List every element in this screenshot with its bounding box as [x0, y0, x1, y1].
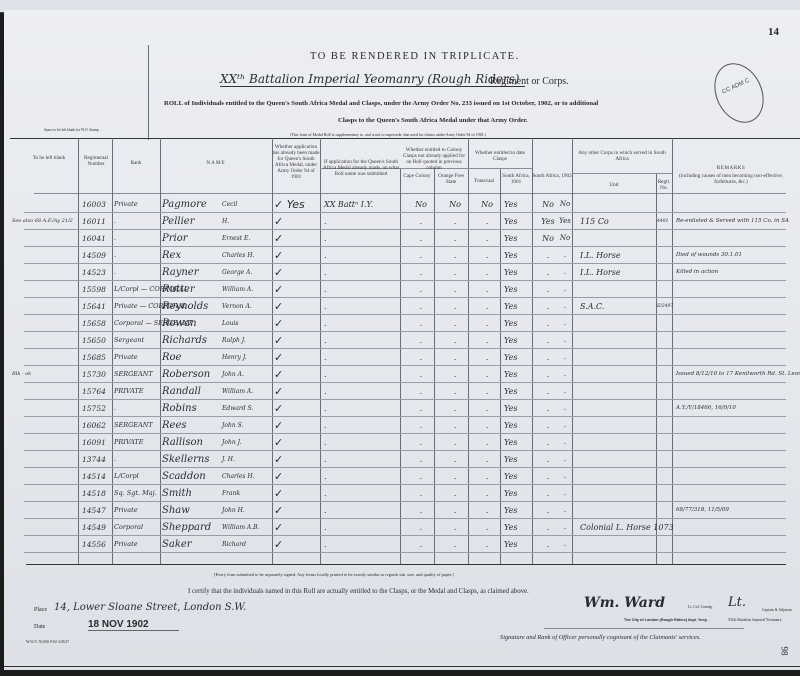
page-number: 14	[768, 26, 779, 38]
remarks	[676, 468, 800, 485]
kings-south-africa: .	[558, 485, 572, 502]
transvaal: .	[474, 400, 500, 417]
cape-colony: .	[408, 536, 434, 553]
rank: .	[114, 264, 160, 281]
table-top-rule	[10, 138, 800, 139]
south-africa-1901: Yes	[504, 332, 532, 349]
col-header-other-corps: Any other Corps in which served in South…	[572, 150, 672, 162]
forename: John H.	[222, 502, 270, 519]
table-row: 15641Private — CORPORALReynoldsVernon A.…	[4, 298, 800, 315]
other-corps-regt-no	[657, 400, 672, 417]
roll-submitted: .	[324, 383, 400, 400]
left-blank-note	[12, 417, 76, 434]
other-corps-unit	[580, 315, 656, 332]
remarks	[676, 230, 800, 247]
regimental-number: 15650	[82, 332, 112, 349]
roll-submitted: .	[324, 451, 400, 468]
surname: Prior	[162, 230, 222, 247]
orange-free-state: .	[442, 536, 468, 553]
left-blank-note	[12, 264, 76, 281]
south-africa-1901: Yes	[504, 434, 532, 451]
rank: Sergeant	[114, 332, 160, 349]
officer-signature: Wm. Ward	[584, 595, 665, 611]
cape-colony: .	[408, 298, 434, 315]
orange-free-state: .	[442, 281, 468, 298]
other-corps-regt-no	[657, 366, 672, 383]
south-africa-1901: Yes	[504, 230, 532, 247]
cape-colony: .	[408, 349, 434, 366]
cape-colony: .	[408, 230, 434, 247]
regimental-number: 15658	[82, 315, 112, 332]
regimental-number: 16003	[82, 196, 112, 213]
table-row: See also 68 A.F./Ay 21/216011.PellierH.✓…	[4, 213, 800, 230]
south-africa-1901: Yes	[504, 196, 532, 213]
col-header-regt-no: Regtl. No.	[656, 179, 672, 191]
table-row: 15598L/Corpl — CORPORALRutterWilliam A.✓…	[4, 281, 800, 298]
cape-colony: .	[408, 213, 434, 230]
forename: H.	[222, 213, 270, 230]
table-row: 14549CorporalSheppardWilliam A.B.✓....Ye…	[4, 519, 800, 536]
forename: Louis	[222, 315, 270, 332]
rank: L/Corpl — CORPORAL	[114, 281, 160, 298]
roll-note: (This form of Medal Roll is supplementar…	[290, 132, 486, 137]
roll-submitted: .	[324, 366, 400, 383]
remarks	[676, 485, 800, 502]
south-africa-1901: Yes	[504, 417, 532, 434]
left-blank-note	[12, 434, 76, 451]
rank: Private	[114, 196, 160, 213]
rank: SERGEANT	[114, 366, 160, 383]
kings-south-africa: .	[558, 434, 572, 451]
orange-free-state: .	[442, 264, 468, 281]
surname: Sheppard	[162, 519, 222, 536]
south-africa-1902: .	[538, 451, 558, 468]
col-header-name: NAME	[160, 160, 272, 166]
regimental-number: 16062	[82, 417, 112, 434]
roll-submitted: .	[324, 400, 400, 417]
roll-submitted: .	[324, 502, 400, 519]
surname: Richards	[162, 332, 222, 349]
rank: .	[114, 451, 160, 468]
regimental-number: 15730	[82, 366, 112, 383]
south-africa-1902: .	[538, 434, 558, 451]
south-africa-1902: .	[538, 332, 558, 349]
whether-applied: ✓	[274, 247, 320, 264]
remarks: 68/77/318, 11/5/09	[676, 502, 800, 519]
other-corps-unit	[580, 400, 656, 417]
remarks: A.Y./Y/18466, 16/9/10	[676, 400, 800, 417]
roll-submitted: .	[324, 298, 400, 315]
transvaal: .	[474, 247, 500, 264]
kings-south-africa: .	[558, 247, 572, 264]
transvaal: .	[474, 281, 500, 298]
whether-applied: ✓	[274, 230, 320, 247]
rank: Corporal — SERGEANT	[114, 315, 160, 332]
roll-submitted: .	[324, 417, 400, 434]
south-africa-1901: Yes	[504, 213, 532, 230]
stamp-text: CC ADM C	[715, 75, 757, 99]
whether-applied: ✓	[274, 315, 320, 332]
adjutant-signature: Lt.	[728, 595, 746, 610]
col-header-orange-free-state: Orange Free State	[434, 173, 468, 185]
regimental-number: 15641	[82, 298, 112, 315]
south-africa-1902: .	[538, 536, 558, 553]
remarks	[676, 417, 800, 434]
other-corps-regt-no	[657, 230, 672, 247]
col-header-rank: Rank	[112, 160, 160, 166]
whether-applied: ✓ Yes	[274, 196, 320, 213]
surname: Rutter	[162, 281, 222, 298]
forename: William A.	[222, 281, 270, 298]
other-corps-unit: 115 Co	[580, 213, 656, 230]
rank: Private	[114, 536, 160, 553]
date-value: 18 NOV 1902	[88, 619, 179, 631]
kings-south-africa: .	[558, 536, 572, 553]
south-africa-1901: Yes	[504, 247, 532, 264]
left-blank-note	[12, 196, 76, 213]
col-header-sa-1901: South Africa, 1901	[500, 173, 532, 185]
remarks: Re-enlisted & Served with 115 Co. in SA	[676, 213, 800, 230]
rank: .	[114, 400, 160, 417]
surname: Robins	[162, 400, 222, 417]
surname: Rowan	[162, 315, 222, 332]
orange-free-state: .	[442, 400, 468, 417]
other-corps-regt-no	[657, 383, 672, 400]
cape-colony: .	[408, 434, 434, 451]
table-row: 14509.RexCharles H.✓....Yes..I.L. HorseD…	[4, 247, 800, 264]
transvaal: .	[474, 468, 500, 485]
other-corps-regt-no	[657, 468, 672, 485]
other-corps-unit	[580, 536, 656, 553]
table-bottom-rule	[26, 564, 786, 565]
forename: Richard	[222, 536, 270, 553]
orange-free-state: .	[442, 468, 468, 485]
unit-stamp-1: The City of London (Rough Riders) Impl. …	[624, 618, 708, 622]
rank: Corporal	[114, 519, 160, 536]
other-corps-unit	[580, 451, 656, 468]
left-blank-note: See also 68 A.F./Ay 21/2	[12, 213, 76, 230]
surname: Scaddon	[162, 468, 222, 485]
surname: Roe	[162, 349, 222, 366]
transvaal: .	[474, 349, 500, 366]
surname: Rayner	[162, 264, 222, 281]
group-rule	[572, 173, 672, 174]
roll-submitted: .	[324, 230, 400, 247]
south-africa-1901: Yes	[504, 451, 532, 468]
header-bottom-rule	[34, 193, 786, 194]
south-africa-1902: .	[538, 281, 558, 298]
rank: .	[114, 247, 160, 264]
left-blank-note	[12, 247, 76, 264]
other-corps-regt-no: E/2497	[657, 298, 672, 315]
certification-statement: I certify that the individuals named in …	[188, 588, 529, 595]
medal-roll-sheet: 14 CC ADM C Space to be left blank for W…	[4, 10, 800, 670]
south-africa-1902: .	[538, 519, 558, 536]
cape-colony: .	[408, 519, 434, 536]
kings-south-africa: No	[558, 230, 572, 247]
remarks	[676, 536, 800, 553]
office-stamp: CC ADM C	[705, 55, 773, 131]
remarks	[676, 281, 800, 298]
other-corps-regt-no	[657, 519, 672, 536]
whether-applied: ✓	[274, 434, 320, 451]
whether-applied: ✓	[274, 264, 320, 281]
table-row: Rlk · ok15730SERGEANTRobersonJohn A.✓...…	[4, 366, 800, 383]
regimental-number: 14518	[82, 485, 112, 502]
other-corps-regt-no	[657, 332, 672, 349]
south-africa-1902: .	[538, 400, 558, 417]
table-row: 15764PRIVATERandallWilliam A.✓....Yes..	[4, 383, 800, 400]
other-corps-unit: Colonial L. Horse 1073	[580, 519, 656, 536]
table-row: 14523.RaynerGeorge A.✓....Yes..I.L. Hors…	[4, 264, 800, 281]
col-header-reg-number: Regimental Number	[80, 155, 112, 167]
left-blank-note	[12, 298, 76, 315]
orange-free-state: .	[442, 366, 468, 383]
rank: Sq. Sgt. Maj.	[114, 485, 160, 502]
regimental-number: 14523	[82, 264, 112, 281]
whether-applied: ✓	[274, 400, 320, 417]
left-blank-note	[12, 383, 76, 400]
orange-free-state: .	[442, 502, 468, 519]
col-header-whether-applied: Whether application has already been mad…	[272, 144, 320, 180]
other-corps-regt-no	[657, 264, 672, 281]
forename: William A.	[222, 383, 270, 400]
roll-submitted: .	[324, 332, 400, 349]
kings-south-africa: .	[558, 451, 572, 468]
forename: Charles H.	[222, 468, 270, 485]
remarks: Killed in action	[676, 264, 800, 281]
roll-submitted: .	[324, 349, 400, 366]
col-header-unit: Unit	[572, 182, 656, 188]
surname: Rex	[162, 247, 222, 264]
south-africa-1901: Yes	[504, 400, 532, 417]
roll-submitted: .	[324, 315, 400, 332]
south-africa-1901: Yes	[504, 485, 532, 502]
remarks	[676, 383, 800, 400]
kings-south-africa: .	[558, 264, 572, 281]
south-africa-1901: Yes	[504, 349, 532, 366]
left-blank-note	[12, 468, 76, 485]
rank: PRIVATE	[114, 434, 160, 451]
south-africa-1902: .	[538, 247, 558, 264]
forename: Ralph J.	[222, 332, 270, 349]
signature-rule	[544, 628, 744, 629]
roll-submitted: .	[324, 247, 400, 264]
other-corps-regt-no: 4491	[657, 213, 672, 230]
orange-free-state: .	[442, 247, 468, 264]
whether-applied: ✓	[274, 383, 320, 400]
forename: John S.	[222, 417, 270, 434]
remarks	[676, 298, 800, 315]
other-corps-unit: I.L. Horse	[580, 264, 656, 281]
cape-colony: .	[408, 366, 434, 383]
left-blank-note	[12, 451, 76, 468]
col-header-colony-clasps: Whether entitled to Colony Clasps not al…	[400, 147, 468, 171]
orange-free-state: .	[442, 485, 468, 502]
surname: Roberson	[162, 366, 222, 383]
south-africa-1902: .	[538, 468, 558, 485]
regimental-number: 13744	[82, 451, 112, 468]
officer-rank-2: Captain & Adjutant	[762, 608, 792, 612]
other-corps-unit	[580, 332, 656, 349]
table-row: 16003PrivatePagmoreCecil✓ YesXX Battⁿ I.…	[4, 196, 800, 213]
whether-applied: ✓	[274, 536, 320, 553]
south-africa-1901: Yes	[504, 315, 532, 332]
forename: Vernon A.	[222, 298, 270, 315]
orange-free-state: .	[442, 213, 468, 230]
forename: John J.	[222, 434, 270, 451]
whether-applied: ✓	[274, 298, 320, 315]
kings-south-africa: Yes	[558, 213, 572, 230]
regimental-number: 15764	[82, 383, 112, 400]
signature-caption: Signature and Rank of Officer personally…	[500, 634, 701, 641]
transvaal: .	[474, 536, 500, 553]
table-row: 14514L/CorplScaddonCharles H.✓....Yes..	[4, 468, 800, 485]
south-africa-1902: .	[538, 264, 558, 281]
rank: .	[114, 230, 160, 247]
regimental-number: 14549	[82, 519, 112, 536]
kings-south-africa: .	[558, 468, 572, 485]
sheet-bottom-rule	[4, 666, 800, 667]
cape-colony: .	[408, 451, 434, 468]
other-corps-regt-no	[657, 281, 672, 298]
regimental-number: 16011	[82, 213, 112, 230]
whether-applied: ✓	[274, 349, 320, 366]
transvaal: .	[474, 315, 500, 332]
kings-south-africa: .	[558, 281, 572, 298]
regimental-number: 14514	[82, 468, 112, 485]
table-row: 13744.SkellernsJ. H.✓....Yes..	[4, 451, 800, 468]
south-africa-1901: Yes	[504, 383, 532, 400]
other-corps-unit	[580, 366, 656, 383]
separate-signing-note: [Every form submitted to be separately s…	[214, 572, 454, 577]
cape-colony: .	[408, 468, 434, 485]
regiment-name: XXᵗʰ Battalion Imperial Yeomanry (Rough …	[220, 72, 525, 87]
table-row: 15650SergeantRichardsRalph J.✓....Yes..	[4, 332, 800, 349]
south-africa-1901: Yes	[504, 519, 532, 536]
col-header-transvaal: Transvaal	[468, 178, 500, 184]
roll-submitted: .	[324, 434, 400, 451]
south-africa-1902: .	[538, 298, 558, 315]
table-row: 14547PrivateShawJohn H.✓....Yes..68/77/3…	[4, 502, 800, 519]
remarks	[676, 315, 800, 332]
kings-south-africa: .	[558, 400, 572, 417]
other-corps-unit	[580, 383, 656, 400]
place-label: Place	[34, 607, 47, 613]
kings-south-africa: .	[558, 502, 572, 519]
south-africa-1901: Yes	[504, 264, 532, 281]
remarks: Issued 8/12/10 to 17 Kenilworth Rd. St. …	[676, 366, 800, 383]
roll-submitted: .	[324, 468, 400, 485]
transvaal: .	[474, 502, 500, 519]
whether-applied: ✓	[274, 468, 320, 485]
remarks: Died of wounds 30.1.01	[676, 247, 800, 264]
cape-colony: .	[408, 247, 434, 264]
rank: Private	[114, 502, 160, 519]
unit-stamp-2: XXth Battalion Imperial Yeomanry	[728, 618, 782, 622]
south-africa-1902: .	[538, 366, 558, 383]
table-row: 14556PrivateSakerRichard✓....Yes..	[4, 536, 800, 553]
orange-free-state: .	[442, 519, 468, 536]
cape-colony: .	[408, 485, 434, 502]
kings-south-africa: .	[558, 298, 572, 315]
transvaal: .	[474, 485, 500, 502]
col-header-remarks: REMARKS	[676, 165, 786, 171]
left-blank-note	[12, 281, 76, 298]
regimental-number: 15752	[82, 400, 112, 417]
orange-free-state: .	[442, 383, 468, 400]
orange-free-state: .	[442, 332, 468, 349]
forename: Frank	[222, 485, 270, 502]
regimental-number: 14556	[82, 536, 112, 553]
south-africa-1901: Yes	[504, 502, 532, 519]
cape-colony: .	[408, 417, 434, 434]
folio-number: 98	[780, 647, 790, 656]
forename: Charles H.	[222, 247, 270, 264]
orange-free-state: .	[442, 434, 468, 451]
surname: Randall	[162, 383, 222, 400]
south-africa-1902: .	[538, 315, 558, 332]
roll-description-line1: ROLL of Individuals entitled to the Quee…	[164, 100, 598, 107]
transvaal: .	[474, 332, 500, 349]
roll-submitted: XX Battⁿ I.Y.	[324, 196, 400, 213]
south-africa-1901: Yes	[504, 468, 532, 485]
forename: J. H.	[222, 451, 270, 468]
south-africa-1901: Yes	[504, 536, 532, 553]
kings-south-africa: .	[558, 383, 572, 400]
left-blank-note	[12, 502, 76, 519]
transvaal: .	[474, 417, 500, 434]
cape-colony: .	[408, 502, 434, 519]
south-africa-1901: Yes	[504, 366, 532, 383]
other-corps-regt-no	[657, 485, 672, 502]
transvaal: .	[474, 519, 500, 536]
cape-colony: No	[408, 196, 434, 213]
col-header-if-application: If application for the Queen's South Afr…	[322, 159, 400, 177]
whether-applied: ✓	[274, 519, 320, 536]
forename: George A.	[222, 264, 270, 281]
left-blank-note	[12, 536, 76, 553]
forename: Edward S.	[222, 400, 270, 417]
rank: .	[114, 213, 160, 230]
other-corps-regt-no	[657, 536, 672, 553]
other-corps-unit: I.L. Horse	[580, 247, 656, 264]
roll-description-line2: Clasps to the Queen's South Africa Medal…	[338, 117, 528, 124]
other-corps-unit	[580, 230, 656, 247]
other-corps-regt-no	[657, 349, 672, 366]
whether-applied: ✓	[274, 281, 320, 298]
regimental-number: 15685	[82, 349, 112, 366]
surname: Pellier	[162, 213, 222, 230]
forename: John A.	[222, 366, 270, 383]
transvaal: .	[474, 451, 500, 468]
table-row: 14518Sq. Sgt. Maj.SmithFrank✓....Yes..	[4, 485, 800, 502]
roll-submitted: .	[324, 536, 400, 553]
whether-applied: ✓	[274, 451, 320, 468]
roll-submitted: .	[324, 485, 400, 502]
roll-submitted: .	[324, 264, 400, 281]
south-africa-1902: No	[538, 196, 558, 213]
orange-free-state: .	[442, 315, 468, 332]
surname: Rallison	[162, 434, 222, 451]
col-header-cape-colony: Cape Colony	[400, 173, 434, 179]
col-header-remarks-note: (including causes of men becoming non-ef…	[676, 173, 786, 185]
rank: Private	[114, 349, 160, 366]
roll-submitted: .	[324, 213, 400, 230]
orange-free-state: No	[442, 196, 468, 213]
cape-colony: .	[408, 383, 434, 400]
south-africa-1902: .	[538, 417, 558, 434]
